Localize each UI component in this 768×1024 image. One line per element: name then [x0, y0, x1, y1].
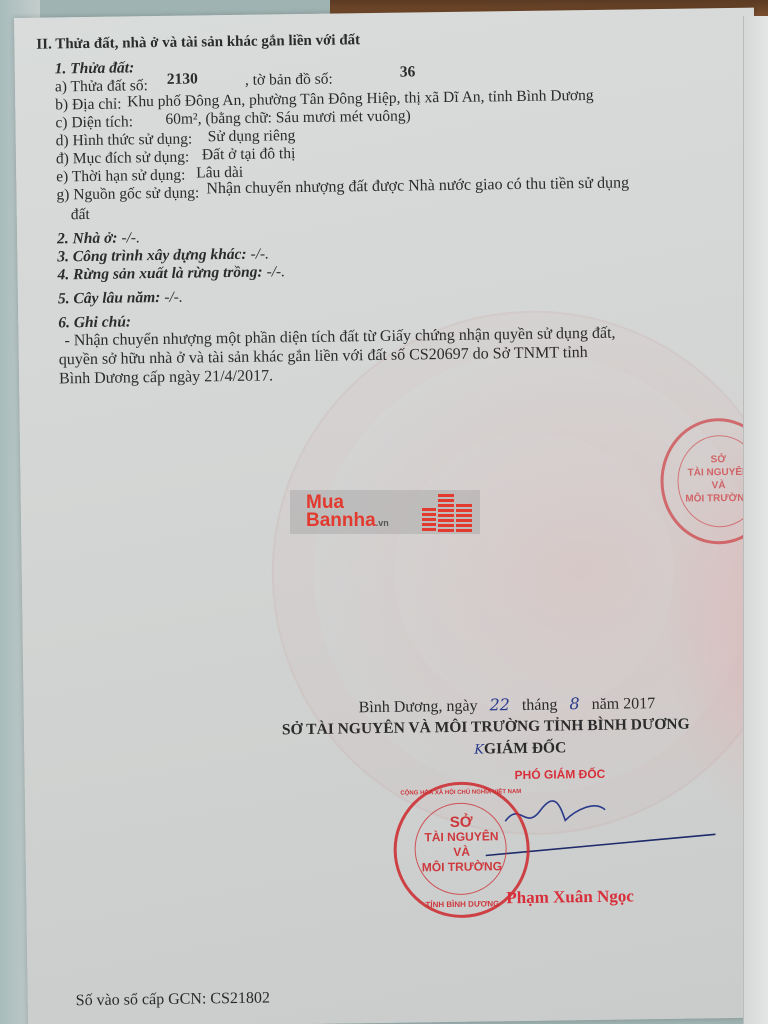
item-label: 4. Rừng sản xuất là rừng trồng:: [57, 264, 262, 284]
date-year: năm 2017: [592, 695, 656, 713]
parcel-number: 2130: [167, 71, 198, 87]
item-value: -/-.: [250, 245, 269, 262]
registry-value: CS21802: [210, 990, 270, 1008]
origin-value-cont: đất: [71, 207, 90, 223]
address-value: Khu phố Đông An, phường Tân Đông Hiệp, t…: [127, 88, 594, 110]
section-title: II. Thửa đất, nhà ở và tài sản khác gắn …: [36, 33, 360, 53]
signer-name: Phạm Xuân Ngọc: [506, 887, 634, 906]
date-month: 8: [569, 694, 579, 713]
stamp-text: SỞ TÀI NGUYÊN VÀ MÔI TRƯỜNG: [396, 814, 527, 876]
item-house: 2. Nhà ở: -/-.: [57, 230, 140, 247]
date-prefix: Bình Dương, ngày: [359, 698, 478, 717]
registry-label: Số vào sổ cấp GCN:: [76, 990, 207, 1009]
item-label: 2. Nhà ở:: [57, 230, 118, 248]
usage-form-value: Sử dụng riêng: [208, 128, 296, 145]
registry-number: Số vào sổ cấp GCN: CS21802: [76, 991, 270, 1010]
buildings-icon: [420, 492, 476, 532]
title-prefix: K: [474, 743, 484, 758]
title-text: GIÁM ĐỐC: [484, 739, 566, 757]
site-watermark: Mua Bannha.vn: [290, 490, 480, 534]
date-day: 22: [489, 695, 510, 714]
map-sheet-label: , tờ bản đồ số:: [245, 72, 333, 89]
watermark-suffix: .vn: [376, 518, 389, 528]
item-value: -/-.: [266, 263, 285, 280]
watermark-logo-text: Mua Bannha.vn: [306, 494, 389, 532]
purpose-label: đ) Mục đích sử dụng:: [56, 150, 189, 167]
area-label: c) Diện tích:: [55, 114, 133, 131]
page-edge: [743, 16, 768, 1024]
area-value: 60m², (bằng chữ: Sáu mươi mét vuông): [165, 108, 411, 127]
origin-label: g) Nguồn gốc sử dụng:: [56, 185, 199, 202]
notes-heading: 6. Ghi chú:: [58, 314, 131, 331]
date-month-label: tháng: [522, 696, 558, 713]
stamp-line: MÔI TRƯỜNG: [397, 859, 527, 876]
notes-line: Bình Dương cấp ngày 21/4/2017.: [59, 368, 273, 387]
signatory-title: KGIÁM ĐỐC: [474, 740, 566, 757]
item-label: 5. Cây lâu năm:: [58, 289, 161, 307]
origin-value: Nhận chuyển nhượng đất được Nhà nước gia…: [206, 175, 629, 197]
term-value: Lâu dài: [196, 165, 243, 181]
item-value: -/-.: [164, 289, 183, 306]
item-label: 3. Công trình xây dựng khác:: [57, 246, 247, 266]
item-perennial-trees: 5. Cây lâu năm: -/-.: [58, 290, 183, 307]
land-heading: 1. Thửa đất:: [55, 60, 135, 77]
emblem-watermark: [268, 307, 768, 838]
usage-form-label: d) Hình thức sử dụng:: [56, 132, 193, 149]
item-production-forest: 4. Rừng sản xuất là rừng trồng: -/-.: [57, 264, 285, 283]
term-label: e) Thời hạn sử dụng:: [56, 168, 185, 185]
watermark-line2: Bannha: [306, 510, 376, 531]
item-value: -/-.: [121, 229, 140, 246]
address-label: b) Địa chỉ:: [55, 97, 122, 113]
purpose-value: Đất ở tại đô thị: [202, 146, 296, 163]
item-other-construction: 3. Công trình xây dựng khác: -/-.: [57, 246, 269, 264]
map-sheet-number: 36: [400, 64, 416, 80]
